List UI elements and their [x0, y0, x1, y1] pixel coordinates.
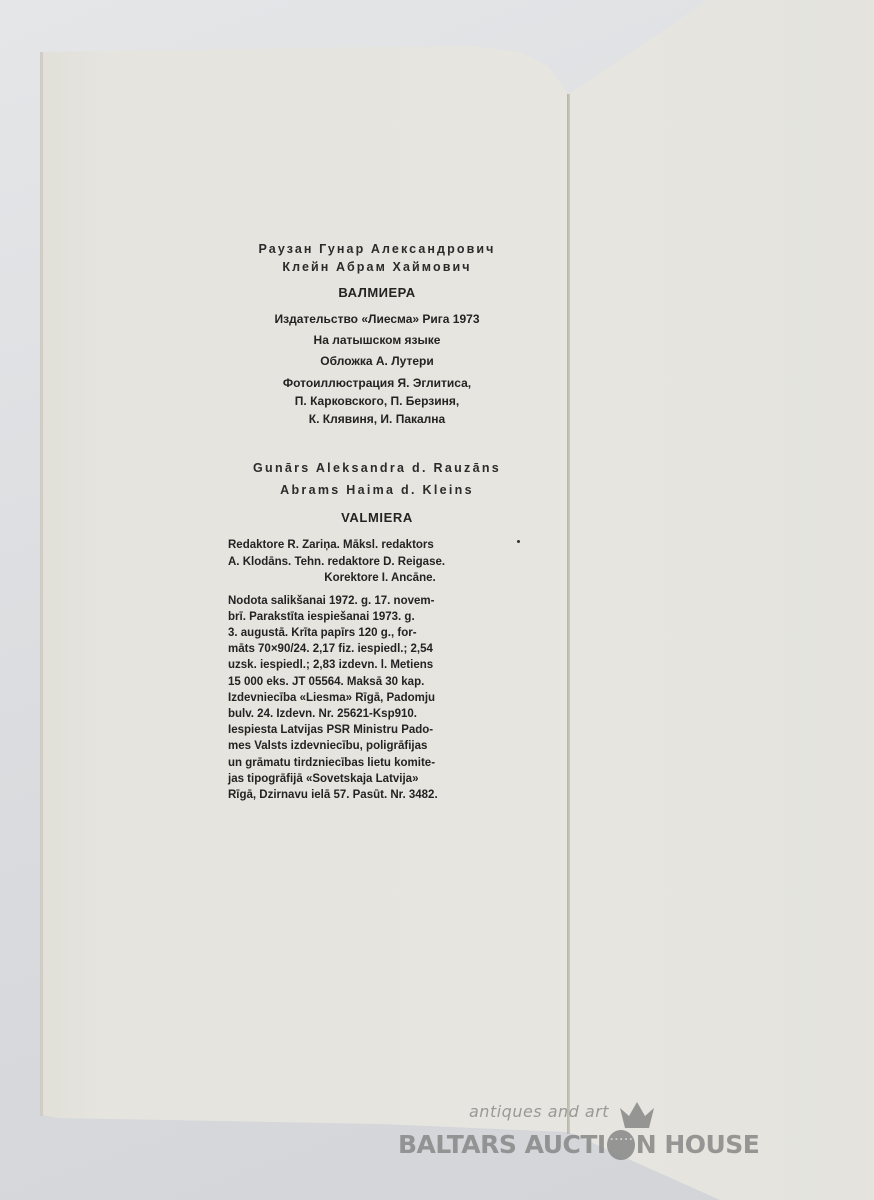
page-edge	[40, 52, 43, 1116]
colophon-line: un grāmatu tirdzniecības lietu komite-	[228, 755, 532, 771]
russian-author: Раузан Гунар Александрович	[222, 240, 532, 258]
colophon-line: Rīgā, Dzirnavu ielā 57. Pasūt. Nr. 3482.	[228, 787, 532, 803]
russian-publisher: Издательство «Лиесма» Рига 1973	[222, 309, 532, 330]
colophon-text-block: Раузан Гунар Александрович Клейн Абрам Х…	[222, 240, 532, 803]
crown-icon	[620, 1102, 654, 1128]
editors-line: Korektore I. Ancāne.	[228, 570, 532, 587]
photo-credit-line: Фотоиллюстрация Я. Эглитиса,	[222, 374, 532, 392]
latvian-authors: Gunārs Aleksandra d. Rauzāns Abrams Haim…	[222, 457, 532, 501]
colophon-line: mes Valsts izdevniecību, poligrāfijas	[228, 738, 532, 754]
russian-author: Клейн Абрам Хаймович	[222, 258, 532, 276]
latvian-editors: Redaktore R. Zariņa. Māksl. redaktors A.…	[222, 537, 532, 587]
watermark: antiques and art BALTARS AUCTI N HOUSE	[398, 1100, 798, 1170]
colophon-line: jas tipogrāfijā «Sovetskaja Latvija»	[228, 771, 532, 787]
watermark-brand-part2: N HOUSE	[636, 1130, 760, 1159]
colophon-line: Nodota salikšanai 1972. g. 17. novem-	[228, 593, 532, 609]
latvian-author: Abrams Haima d. Kleins	[222, 479, 532, 501]
photo-credit-line: К. Клявиня, И. Пакална	[222, 410, 532, 428]
latvian-author: Gunārs Aleksandra d. Rauzāns	[222, 457, 532, 479]
ink-speck	[517, 540, 520, 543]
russian-photo-credits: Фотоиллюстрация Я. Эглитиса, П. Карковск…	[222, 374, 532, 428]
latvian-title: VALMIERA	[222, 510, 532, 525]
russian-language-note: На латышском языке	[222, 330, 532, 351]
russian-authors: Раузан Гунар Александрович Клейн Абрам Х…	[222, 240, 532, 276]
colophon-line: bulv. 24. Izdevn. Nr. 25621-Ksp910.	[228, 706, 532, 722]
latvian-colophon: Nodota salikšanai 1972. g. 17. novem- br…	[222, 593, 532, 804]
russian-cover-credit: Обложка А. Лутери	[222, 351, 532, 372]
watermark-brand-part1: BALTARS AUCTI	[398, 1130, 606, 1159]
watermark-brand: BALTARS AUCTI N HOUSE	[398, 1129, 759, 1159]
editors-line: A. Klodāns. Tehn. redaktore D. Reigase.	[228, 554, 532, 571]
orb-icon	[607, 1130, 635, 1160]
colophon-line: Iespiesta Latvijas PSR Ministru Pado-	[228, 722, 532, 738]
colophon-line: brī. Parakstīta iespiešanai 1973. g.	[228, 609, 532, 625]
russian-title: ВАЛМИЕРА	[222, 285, 532, 300]
colophon-line: 3. augustā. Krīta papīrs 120 g., for-	[228, 625, 532, 641]
photo-credit-line: П. Карковского, П. Берзиня,	[222, 392, 532, 410]
colophon-line: Izdevniecība «Liesma» Rīgā, Padomju	[228, 690, 532, 706]
editors-line: Redaktore R. Zariņa. Māksl. redaktors	[228, 537, 532, 554]
watermark-tagline: antiques and art	[469, 1102, 609, 1121]
colophon-line: māts 70×90/24. 2,17 fiz. iespiedl.; 2,54	[228, 641, 532, 657]
colophon-line: uzsk. iespiedl.; 2,83 izdevn. l. Metiens	[228, 657, 532, 673]
colophon-line: 15 000 eks. JT 05564. Maksā 30 kap.	[228, 674, 532, 690]
book-spine	[567, 94, 570, 1134]
